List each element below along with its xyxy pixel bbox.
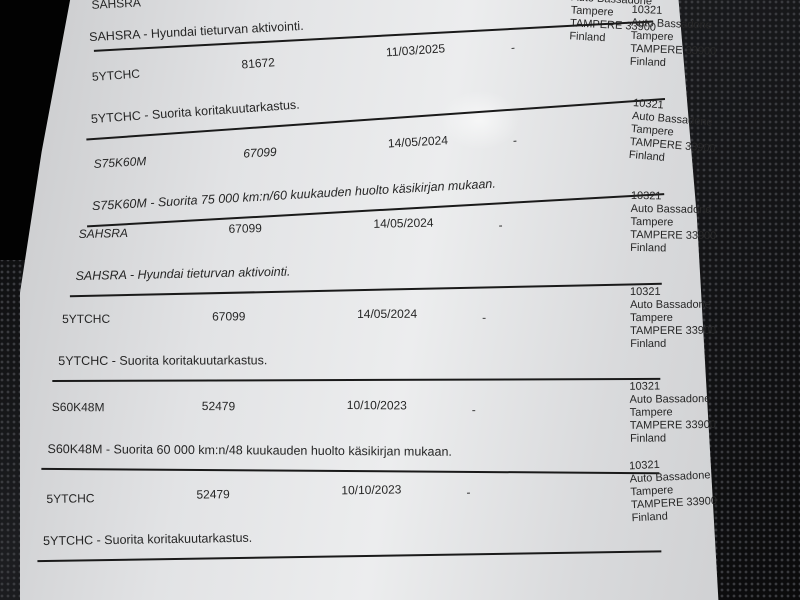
- address-line: 10321: [630, 286, 716, 299]
- mileage: 67099: [243, 145, 277, 161]
- service-code: S60K48M: [52, 400, 105, 414]
- service-description: 5YTCHC - Suorita koritakuutarkastus.: [43, 531, 252, 548]
- service-date: 14/05/2024: [388, 133, 449, 150]
- service-code: 5YTCHC: [62, 312, 110, 326]
- address-line: Finland: [630, 432, 716, 446]
- service-description: 5YTCHC - Suorita koritakuutarkastus.: [58, 353, 267, 368]
- mileage: 67099: [228, 221, 262, 236]
- address-line: Finland: [630, 338, 716, 351]
- row-divider: [37, 550, 661, 562]
- separator: -: [472, 403, 476, 417]
- service-date: 14/05/2024: [373, 216, 433, 231]
- separator: -: [498, 218, 502, 232]
- mileage: 52479: [196, 487, 230, 502]
- service-date: 10/10/2023: [347, 398, 407, 412]
- separator: -: [482, 311, 486, 325]
- separator: -: [466, 485, 470, 499]
- address-line: Auto Bassadone: [630, 393, 716, 407]
- address-line: Tampere: [630, 406, 716, 420]
- address-line: Auto Bassadone: [630, 299, 716, 312]
- mileage: 67099: [212, 309, 245, 323]
- dealer-address: 10321Auto BassadoneTampereTAMPERE 33900F…: [630, 4, 718, 72]
- address-line: Auto Bassadone: [631, 203, 717, 217]
- mileage: 81672: [241, 55, 275, 71]
- dealer-address: 10321Auto BassadoneTampereTAMPERE 33900F…: [628, 97, 719, 169]
- service-description: 5YTCHC - Suorita koritakuutarkastus.: [90, 98, 300, 127]
- address-line: 10321: [631, 190, 717, 204]
- service-code: SAHSRA: [78, 226, 128, 241]
- address-line: Tampere: [630, 312, 716, 325]
- address-line: TAMPERE 33900: [630, 325, 716, 338]
- service-code: 5YTCHC: [92, 67, 141, 84]
- address-line: TAMPERE 33900: [630, 229, 716, 243]
- service-code: S75K60M: [93, 154, 146, 171]
- dealer-address: 10321Auto BassadoneTampereTAMPERE 33900F…: [629, 456, 718, 525]
- dealer-address: 10321Auto BassadoneTampereTAMPERE 33900F…: [629, 380, 716, 446]
- mileage: 52479: [202, 399, 235, 413]
- service-code: SAHSRA: [91, 0, 141, 12]
- address-line: Finland: [630, 242, 716, 256]
- service-code: 5YTCHC: [46, 491, 94, 506]
- service-entry: 5YTCHC 52479 10/10/2023 - 10321Auto Bass…: [46, 457, 800, 570]
- service-description: S60K48M - Suorita 60 000 km:n/48 kuukaud…: [47, 442, 452, 459]
- dealer-address: 10321Auto BassadoneTampereTAMPERE 33900F…: [630, 286, 716, 351]
- service-date: 10/10/2023: [341, 482, 401, 497]
- address-line: Tampere: [630, 216, 716, 230]
- address-line: 10321: [629, 380, 715, 394]
- service-date: 11/03/2025: [386, 41, 446, 59]
- service-date: 14/05/2024: [357, 307, 417, 321]
- dealer-address: 10321Auto BassadoneTampereTAMPERE 33900F…: [630, 190, 717, 256]
- separator: -: [511, 40, 516, 54]
- service-entry: 5YTCHC 67099 14/05/2024 - 10321Auto Bass…: [62, 287, 800, 390]
- address-line: TAMPERE 33900: [630, 419, 716, 433]
- service-description: SAHSRA - Hyundai tieturvan aktivointi.: [75, 265, 290, 283]
- separator: -: [513, 133, 518, 147]
